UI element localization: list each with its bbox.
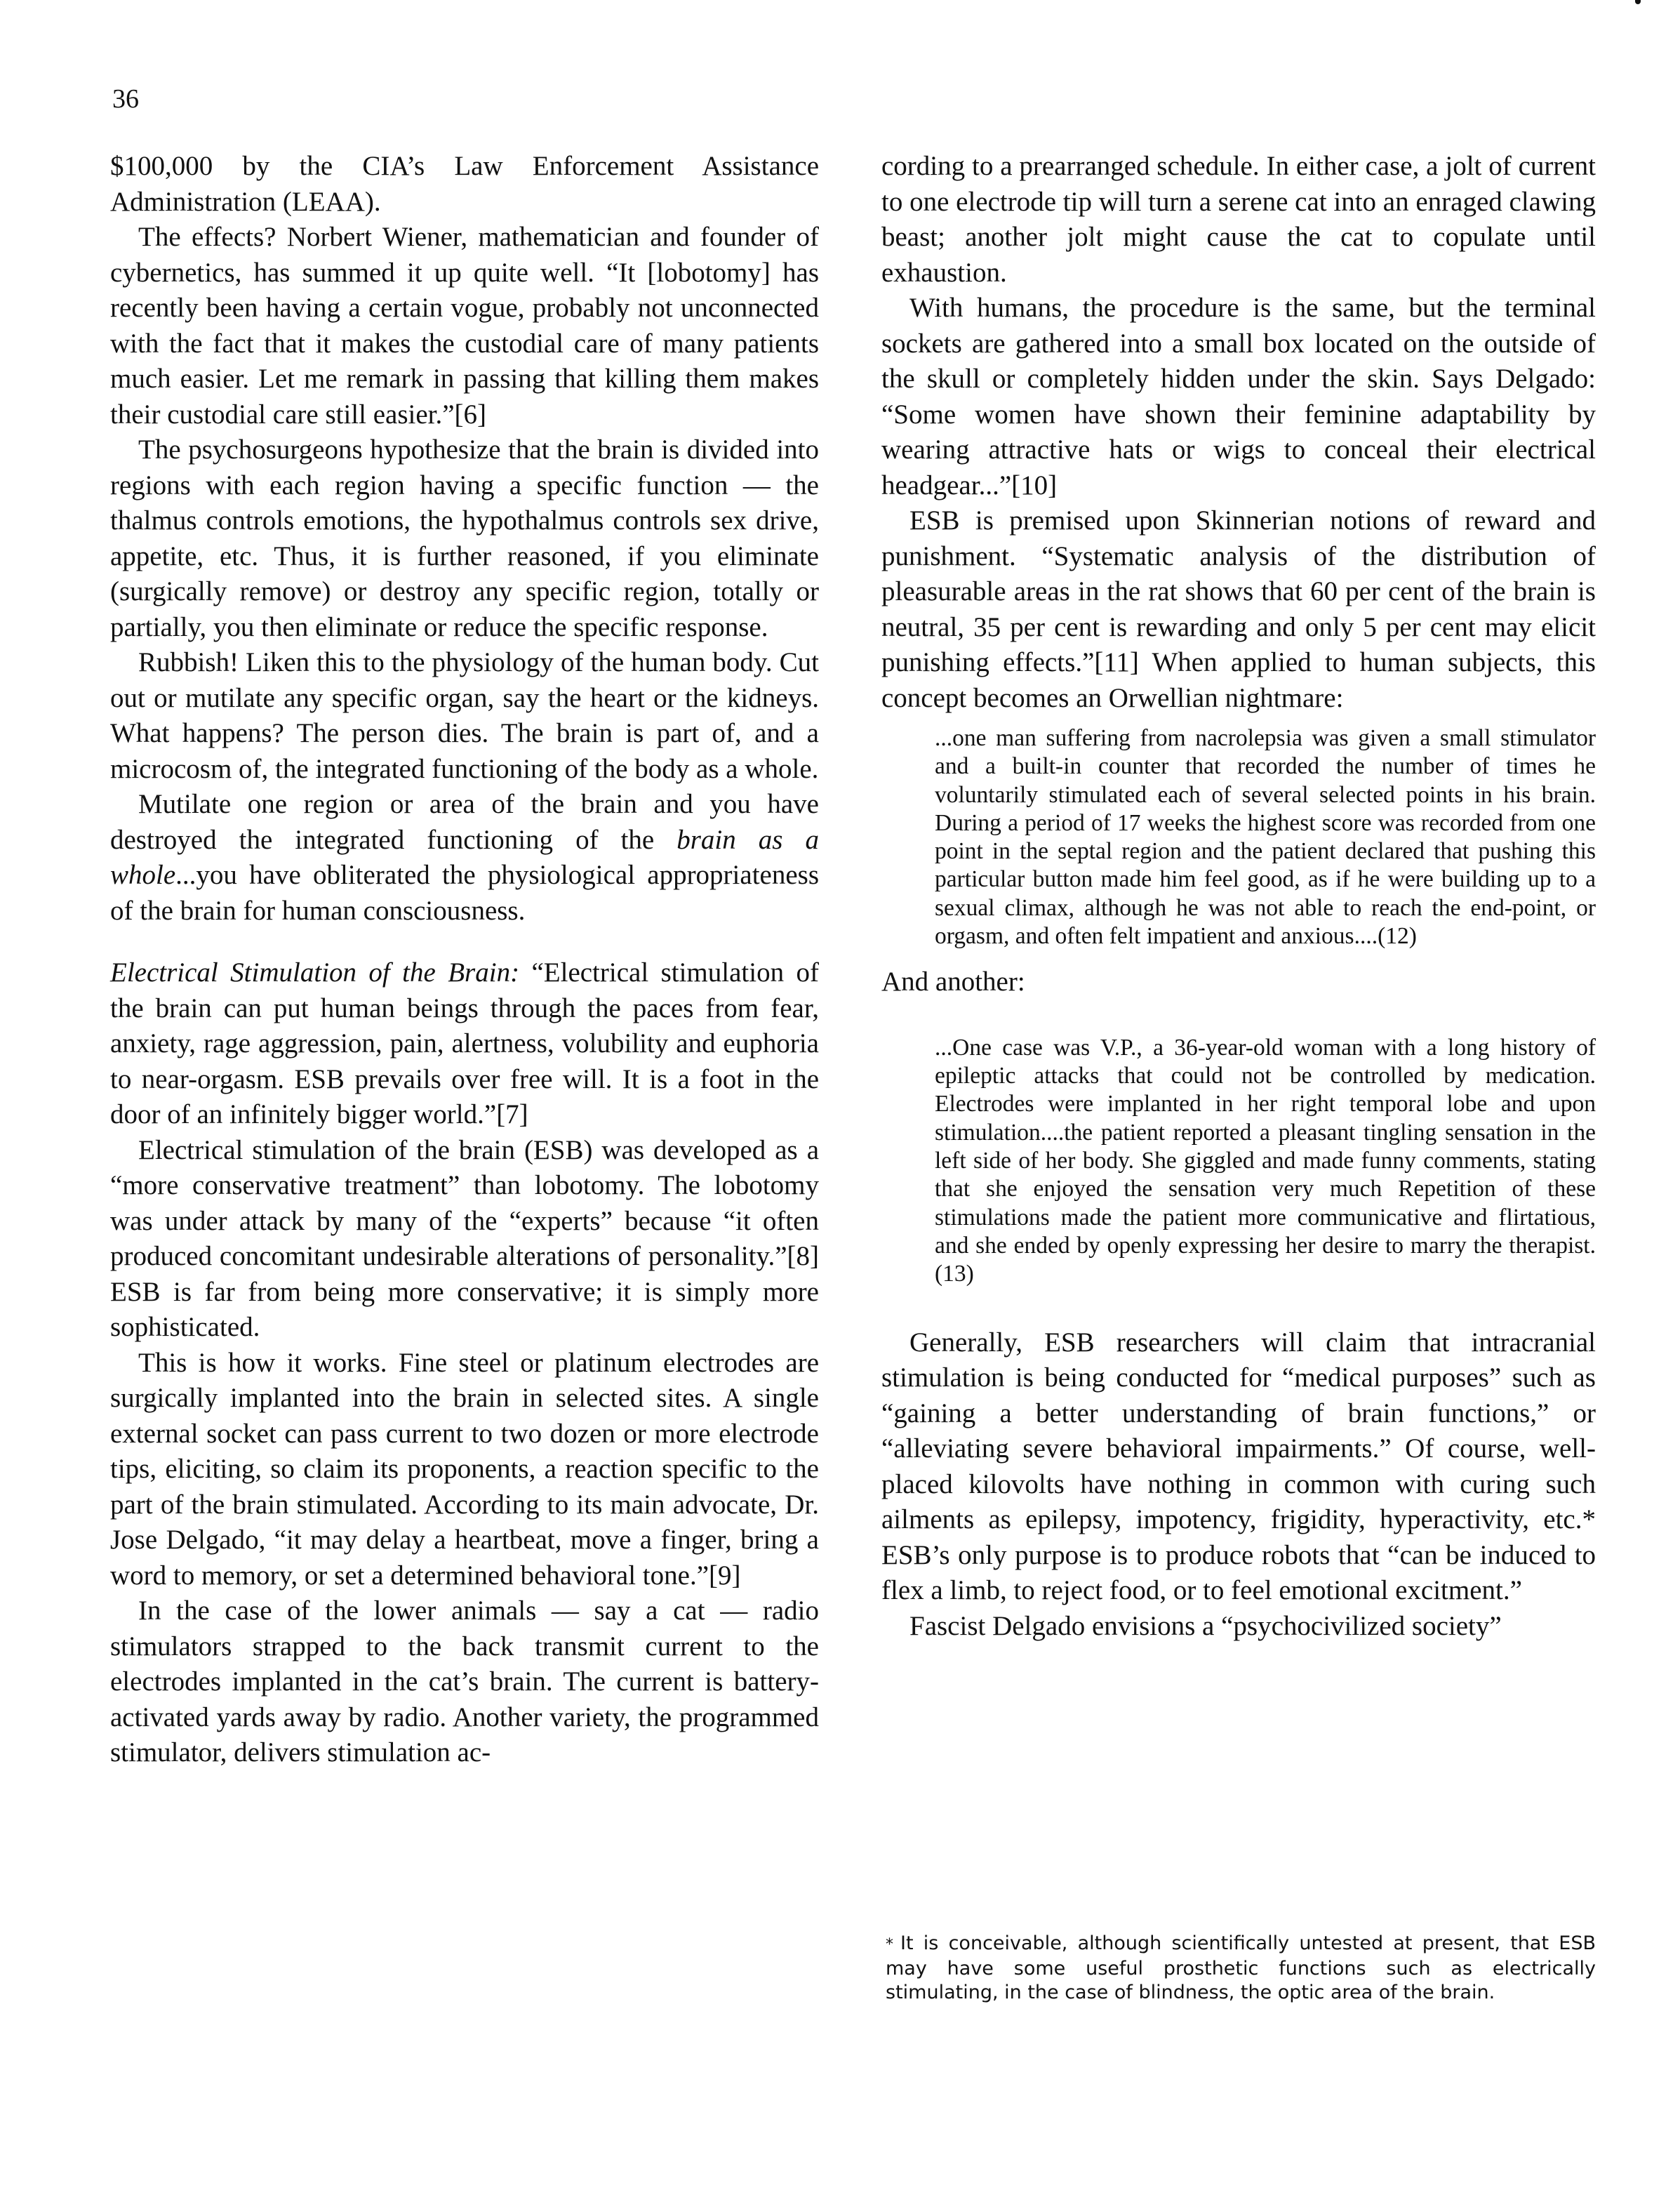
left-column: $100,000 by the CIA’s Law Enforcement As… (110, 149, 819, 1771)
paragraph: Mutilate one region or area of the brain… (110, 787, 819, 929)
paragraph: ESB is premised upon Skinnerian notions … (881, 503, 1596, 716)
page-number: 36 (112, 86, 139, 112)
footnote: *It is conceivable, although scientifica… (886, 1932, 1596, 2005)
block-quote: ...one man suffering from nacrolepsia wa… (935, 724, 1596, 950)
block-quote: ...One case was V.P., a 36-year-old woma… (935, 1034, 1596, 1289)
paragraph: The psychosurgeons hypothesize that the … (110, 432, 819, 645)
paragraph: The effects? Norbert Wiener, mathematici… (110, 220, 819, 432)
paragraph: In the case of the lower animals — say a… (110, 1593, 819, 1771)
scan-speck (1635, 0, 1641, 4)
paragraph: Rubbish! Liken this to the physiology of… (110, 645, 819, 787)
paragraph: This is how it works. Fine steel or plat… (110, 1346, 819, 1594)
right-column: cording to a prearranged schedule. In ei… (881, 149, 1596, 1644)
section-heading: Electrical Stimulation of the Brain: (110, 957, 519, 988)
paragraph: Generally, ESB researchers will claim th… (881, 1325, 1596, 1609)
footnote-text: It is conceivable, although scientifical… (886, 1932, 1596, 2003)
section-paragraph: Electrical Stimulation of the Brain: “El… (110, 955, 819, 1133)
footnote-marker: * (886, 1936, 893, 1953)
paragraph: And another: (881, 964, 1596, 1000)
paragraph: Electrical stimulation of the brain (ESB… (110, 1133, 819, 1346)
paragraph: Fascist Delgado envisions a “psychocivil… (881, 1609, 1596, 1645)
paragraph: With humans, the procedure is the same, … (881, 291, 1596, 503)
paragraph-text: ...you have obliterated the physiologica… (110, 860, 819, 926)
paragraph: cording to a prearranged schedule. In ei… (881, 149, 1596, 291)
paragraph: $100,000 by the CIA’s Law Enforcement As… (110, 149, 819, 220)
